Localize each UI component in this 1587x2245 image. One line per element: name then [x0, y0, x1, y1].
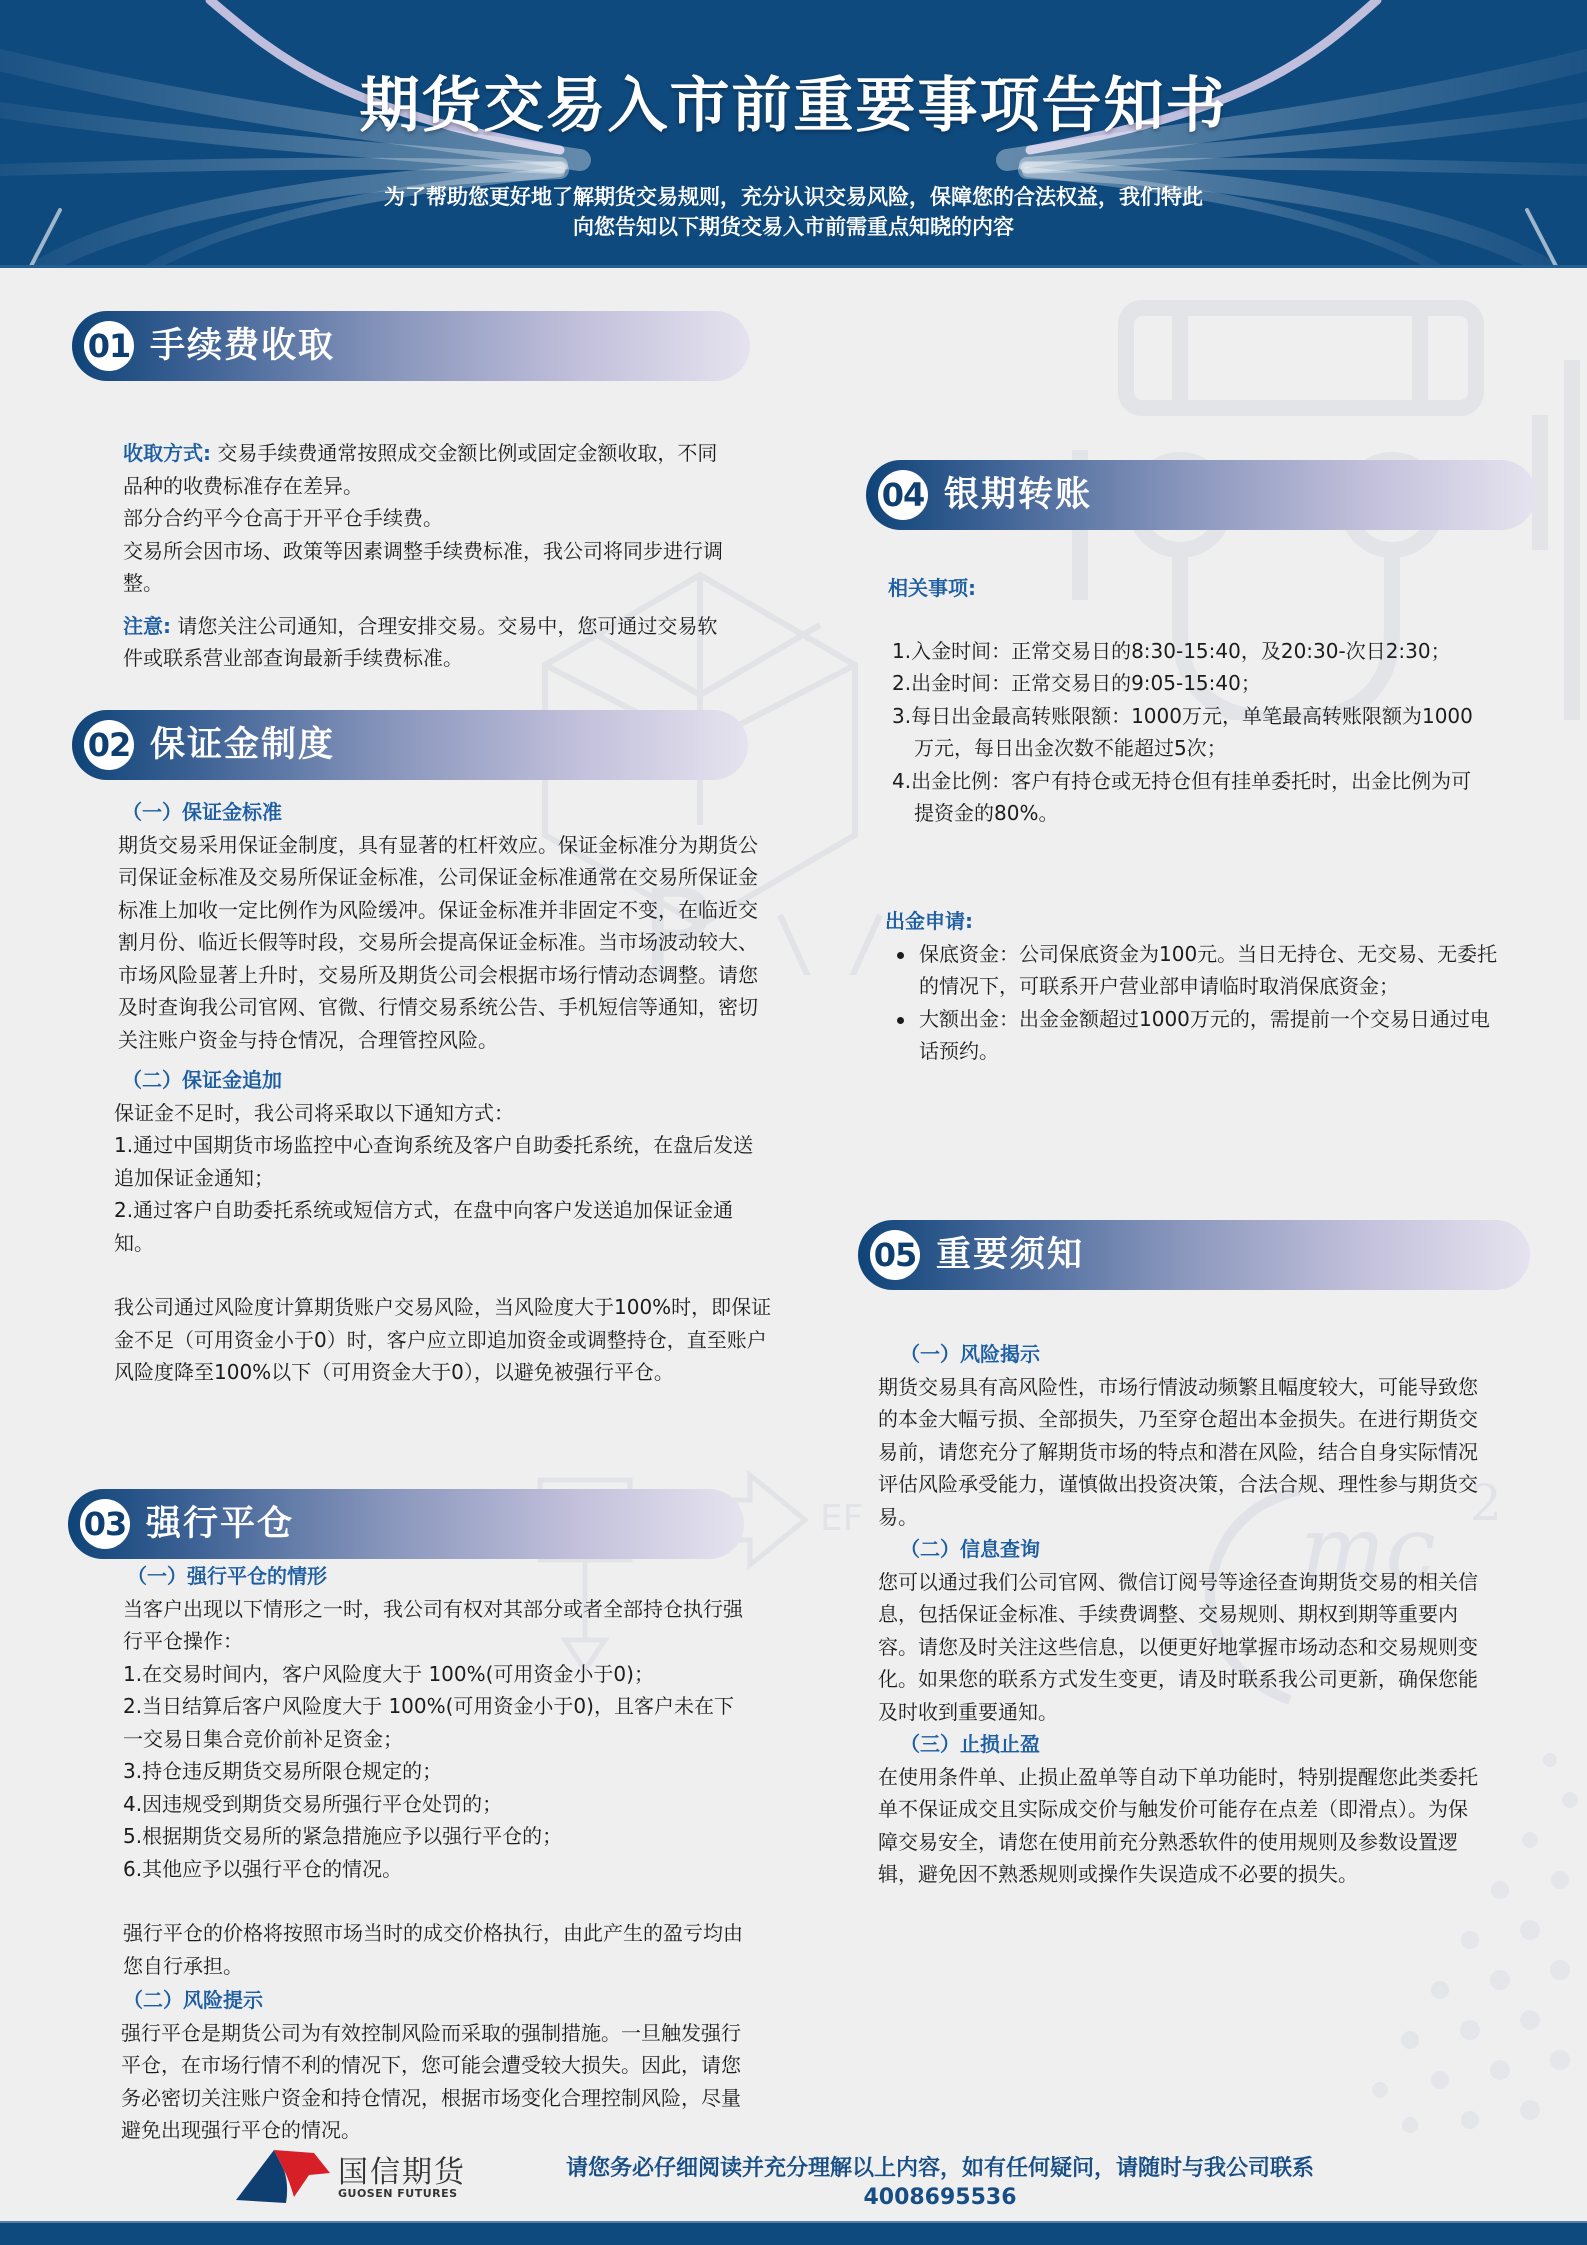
forced-liquidation-intro: 当客户出现以下情形之一时，我公司有权对其部分或者全部持仓执行强行平仓操作： — [123, 1593, 753, 1658]
section-title: 重要须知 — [936, 1220, 1084, 1290]
withdrawal-bullet-item: 保底资金：公司保底资金为100元。当日无持仓、无交易、无委托的情况下，可联系开户… — [885, 938, 1500, 1003]
section-05-body: （一）风险揭示 期货交易具有高风险性，市场行情波动频繁且幅度较大，可能导致您的本… — [878, 1338, 1480, 1891]
risk-disclosure-heading: （一）风险揭示 — [878, 1338, 1480, 1371]
logo-chinese-name: 国信期货 — [338, 2147, 466, 2191]
margin-call-heading: （二）保证金追加 — [118, 1064, 758, 1097]
section-04-body: 相关事项: 1.入金时间：正常交易日的8:30-15:40，及20:30-次日2… — [888, 572, 1488, 830]
margin-call-item-2: 2.通过客户自助委托系统或短信方式，在盘中向客户发送追加保证金通知。 — [114, 1194, 758, 1259]
risk-disclosure-text: 期货交易具有高风险性，市场行情波动频繁且幅度较大，可能导致您的本金大幅亏损、全部… — [878, 1371, 1480, 1534]
transfer-rule-item: 3.每日出金最高转账限额：1000万元，单笔最高转账限额为1000万元，每日出金… — [892, 700, 1488, 765]
section-04-header: 04 银期转账 — [866, 460, 1536, 530]
margin-call-item-1: 1.通过中国期货市场监控中心查询系统及客户自助委托系统，在盘后发送追加保证金通知… — [114, 1129, 758, 1194]
info-query-text: 您可以通过我们公司官网、微信订阅号等途径查询期货交易的相关信息，包括保证金标准、… — [878, 1566, 1480, 1729]
footer-bar — [0, 2221, 1587, 2245]
withdrawal-bullets: 保底资金：公司保底资金为100元。当日无持仓、无交易、无委托的情况下，可联系开户… — [885, 938, 1500, 1068]
section-title: 强行平仓 — [146, 1489, 294, 1559]
forced-liquidation-cases-heading: （一）强行平仓的情形 — [123, 1560, 753, 1593]
subtitle-line-2: 向您告知以下期货交易入市前需重点知晓的内容 — [0, 212, 1587, 242]
forced-liquidation-item-1: 1.在交易时间内，客户风险度大于 100%(可用资金小于0)； — [123, 1658, 753, 1691]
note-paragraph: 注意: 请您关注公司通知，合理安排交易。交易中，您可通过交易软件或联系营业部查询… — [123, 610, 728, 675]
transfer-rule-item: 2.出金时间：正常交易日的9:05-15:40； — [892, 667, 1488, 700]
section-number-badge: 01 — [84, 321, 134, 371]
info-query-heading: （二）信息查询 — [878, 1533, 1480, 1566]
svg-text:EF: EF — [820, 1498, 863, 1539]
footer-contact-note: 请您务必仔细阅读并充分理解以上内容，如有任何疑问，请随时与我公司联系 40086… — [470, 2154, 1410, 2212]
forced-liquidation-item-4: 4.因违规受到期货交易所强行平仓处罚的； — [123, 1788, 753, 1821]
header-banner: 期货交易入市前重要事项告知书 为了帮助您更好地了解期货交易规则，充分认识交易风险… — [0, 0, 1587, 268]
collect-method-label: 收取方式: — [123, 441, 211, 465]
section-02-body: （一）保证金标准 期货交易采用保证金制度，具有显著的杠杆效应。保证金标准分为期货… — [118, 796, 758, 1389]
risk-degree-text: 我公司通过风险度计算期货账户交易风险，当风险度大于100%时，即保证金不足（可用… — [114, 1291, 772, 1389]
withdrawal-application-block: 出金申请: 保底资金：公司保底资金为100元。当日无持仓、无交易、无委托的情况下… — [885, 905, 1500, 1068]
section-number-badge: 03 — [80, 1499, 130, 1549]
risk-warning-text: 强行平仓是期货公司为有效控制风险而采取的强制措施。一旦触发强行平仓，在市场行情不… — [121, 2017, 753, 2147]
margin-call-intro: 保证金不足时，我公司将采取以下通知方式： — [114, 1097, 758, 1130]
section-number-badge: 04 — [878, 470, 928, 520]
collect-method-paragraph: 收取方式: 交易手续费通常按照成交金额比例或固定金额收取，不同品种的收费标准存在… — [123, 437, 728, 502]
fee-adjust-text: 交易所会因市场、政策等因素调整手续费标准，我公司将同步进行调整。 — [123, 535, 728, 600]
margin-standard-text: 期货交易采用保证金制度，具有显著的杠杆效应。保证金标准分为期货公司保证金标准及交… — [118, 829, 758, 1057]
related-items-label: 相关事项: — [888, 572, 1488, 605]
section-03-body: （一）强行平仓的情形 当客户出现以下情形之一时，我公司有权对其部分或者全部持仓执… — [123, 1560, 753, 2147]
margin-standard-heading: （一）保证金标准 — [118, 796, 758, 829]
note-label: 注意: — [123, 614, 171, 638]
section-title: 银期转账 — [944, 460, 1092, 530]
section-title: 手续费收取 — [150, 311, 335, 381]
section-03-header: 03 强行平仓 — [68, 1489, 744, 1559]
transfer-rule-item: 1.入金时间：正常交易日的8:30-15:40，及20:30-次日2:30； — [892, 635, 1488, 668]
footer-note-text: 请您务必仔细阅读并充分理解以上内容，如有任何疑问，请随时与我公司联系 — [470, 2154, 1410, 2183]
section-title: 保证金制度 — [150, 710, 335, 780]
liquidation-price-text: 强行平仓的价格将按照市场当时的成交价格执行，由此产生的盈亏均由您自行承担。 — [123, 1917, 753, 1982]
section-02-header: 02 保证金制度 — [72, 710, 748, 780]
footer-phone[interactable]: 4008695536 — [470, 2183, 1410, 2212]
logo-mark-icon — [234, 2145, 334, 2205]
forced-liquidation-item-2: 2.当日结算后客户风险度大于 100%(可用资金小于0)，且客户未在下一交易日集… — [123, 1690, 753, 1755]
section-01-header: 01 手续费收取 — [72, 311, 750, 381]
subtitle-line-1: 为了帮助您更好地了解期货交易规则，充分认识交易风险，保障您的合法权益，我们特此 — [0, 182, 1587, 212]
stop-loss-heading: （三）止损止盈 — [878, 1728, 1480, 1761]
section-number-badge: 05 — [870, 1230, 920, 1280]
transfer-rule-item: 4.出金比例：客户有持仓或无持仓但有挂单委托时，出金比例为可提资金的80%。 — [892, 765, 1488, 830]
section-number-badge: 02 — [84, 720, 134, 770]
section-05-header: 05 重要须知 — [858, 1220, 1530, 1290]
guosen-futures-logo: 国信期货 GUOSEN FUTURES — [234, 2145, 474, 2205]
forced-liquidation-item-3: 3.持仓违反期货交易所限仓规定的； — [123, 1755, 753, 1788]
logo-english-name: GUOSEN FUTURES — [338, 2187, 458, 2200]
forced-liquidation-item-6: 6.其他应予以强行平仓的情况。 — [123, 1853, 753, 1886]
withdrawal-application-label: 出金申请: — [885, 905, 1500, 938]
close-today-fee-text: 部分合约平今仓高于开平仓手续费。 — [123, 502, 728, 535]
section-01-body: 收取方式: 交易手续费通常按照成交金额比例或固定金额收取，不同品种的收费标准存在… — [123, 437, 728, 675]
page-subtitle: 为了帮助您更好地了解期货交易规则，充分认识交易风险，保障您的合法权益，我们特此 … — [0, 182, 1587, 242]
withdrawal-bullet-item: 大额出金：出金金额超过1000万元的，需提前一个交易日通过电话预约。 — [885, 1003, 1500, 1068]
risk-warning-heading: （二）风险提示 — [123, 1984, 753, 2017]
transfer-rules-list: 1.入金时间：正常交易日的8:30-15:40，及20:30-次日2:30； 2… — [888, 635, 1488, 830]
forced-liquidation-item-5: 5.根据期货交易所的紧急措施应予以强行平仓的； — [123, 1820, 753, 1853]
page-title: 期货交易入市前重要事项告知书 — [0, 58, 1587, 144]
stop-loss-text: 在使用条件单、止损止盈单等自动下单功能时，特别提醒您此类委托单不保证成交且实际成… — [878, 1761, 1480, 1891]
